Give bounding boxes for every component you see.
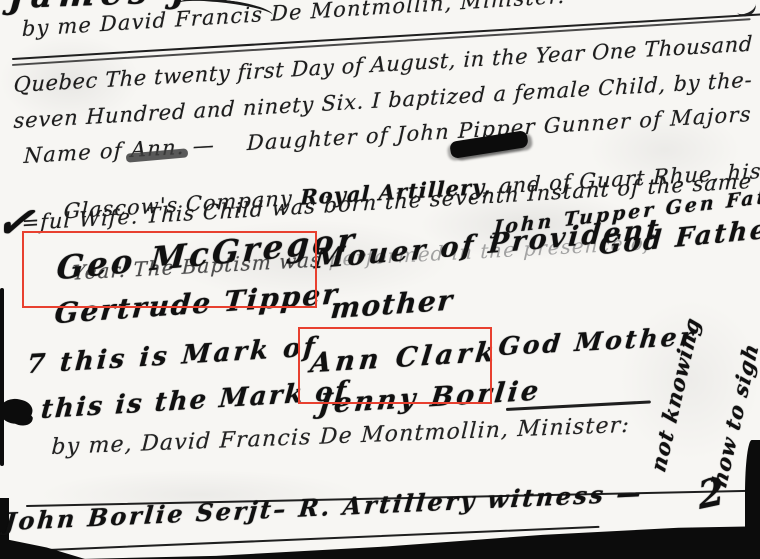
side-note-line1: not knowing [645, 314, 704, 475]
footer-witness-line: John Borlie Serjt– R. Artillery witness … [4, 480, 645, 534]
footer-flourish-mark: 2 [696, 471, 726, 516]
mark-line-ann-clark-lead: 7 this is Mark of [26, 334, 319, 379]
annotation-box-geo-mcgregor [22, 231, 317, 308]
scanned-register-page: James J by me David Francis De Montmolli… [0, 0, 760, 559]
left-edge-ink-line [0, 288, 4, 466]
ink-blot [0, 396, 35, 428]
mother-label: mother [329, 285, 454, 323]
annotation-box-ann-clark [298, 327, 492, 404]
minister-line-bottom: by me, David Francis De Montmollin, Mini… [51, 414, 631, 459]
right-edge-ink-bar [745, 440, 760, 559]
